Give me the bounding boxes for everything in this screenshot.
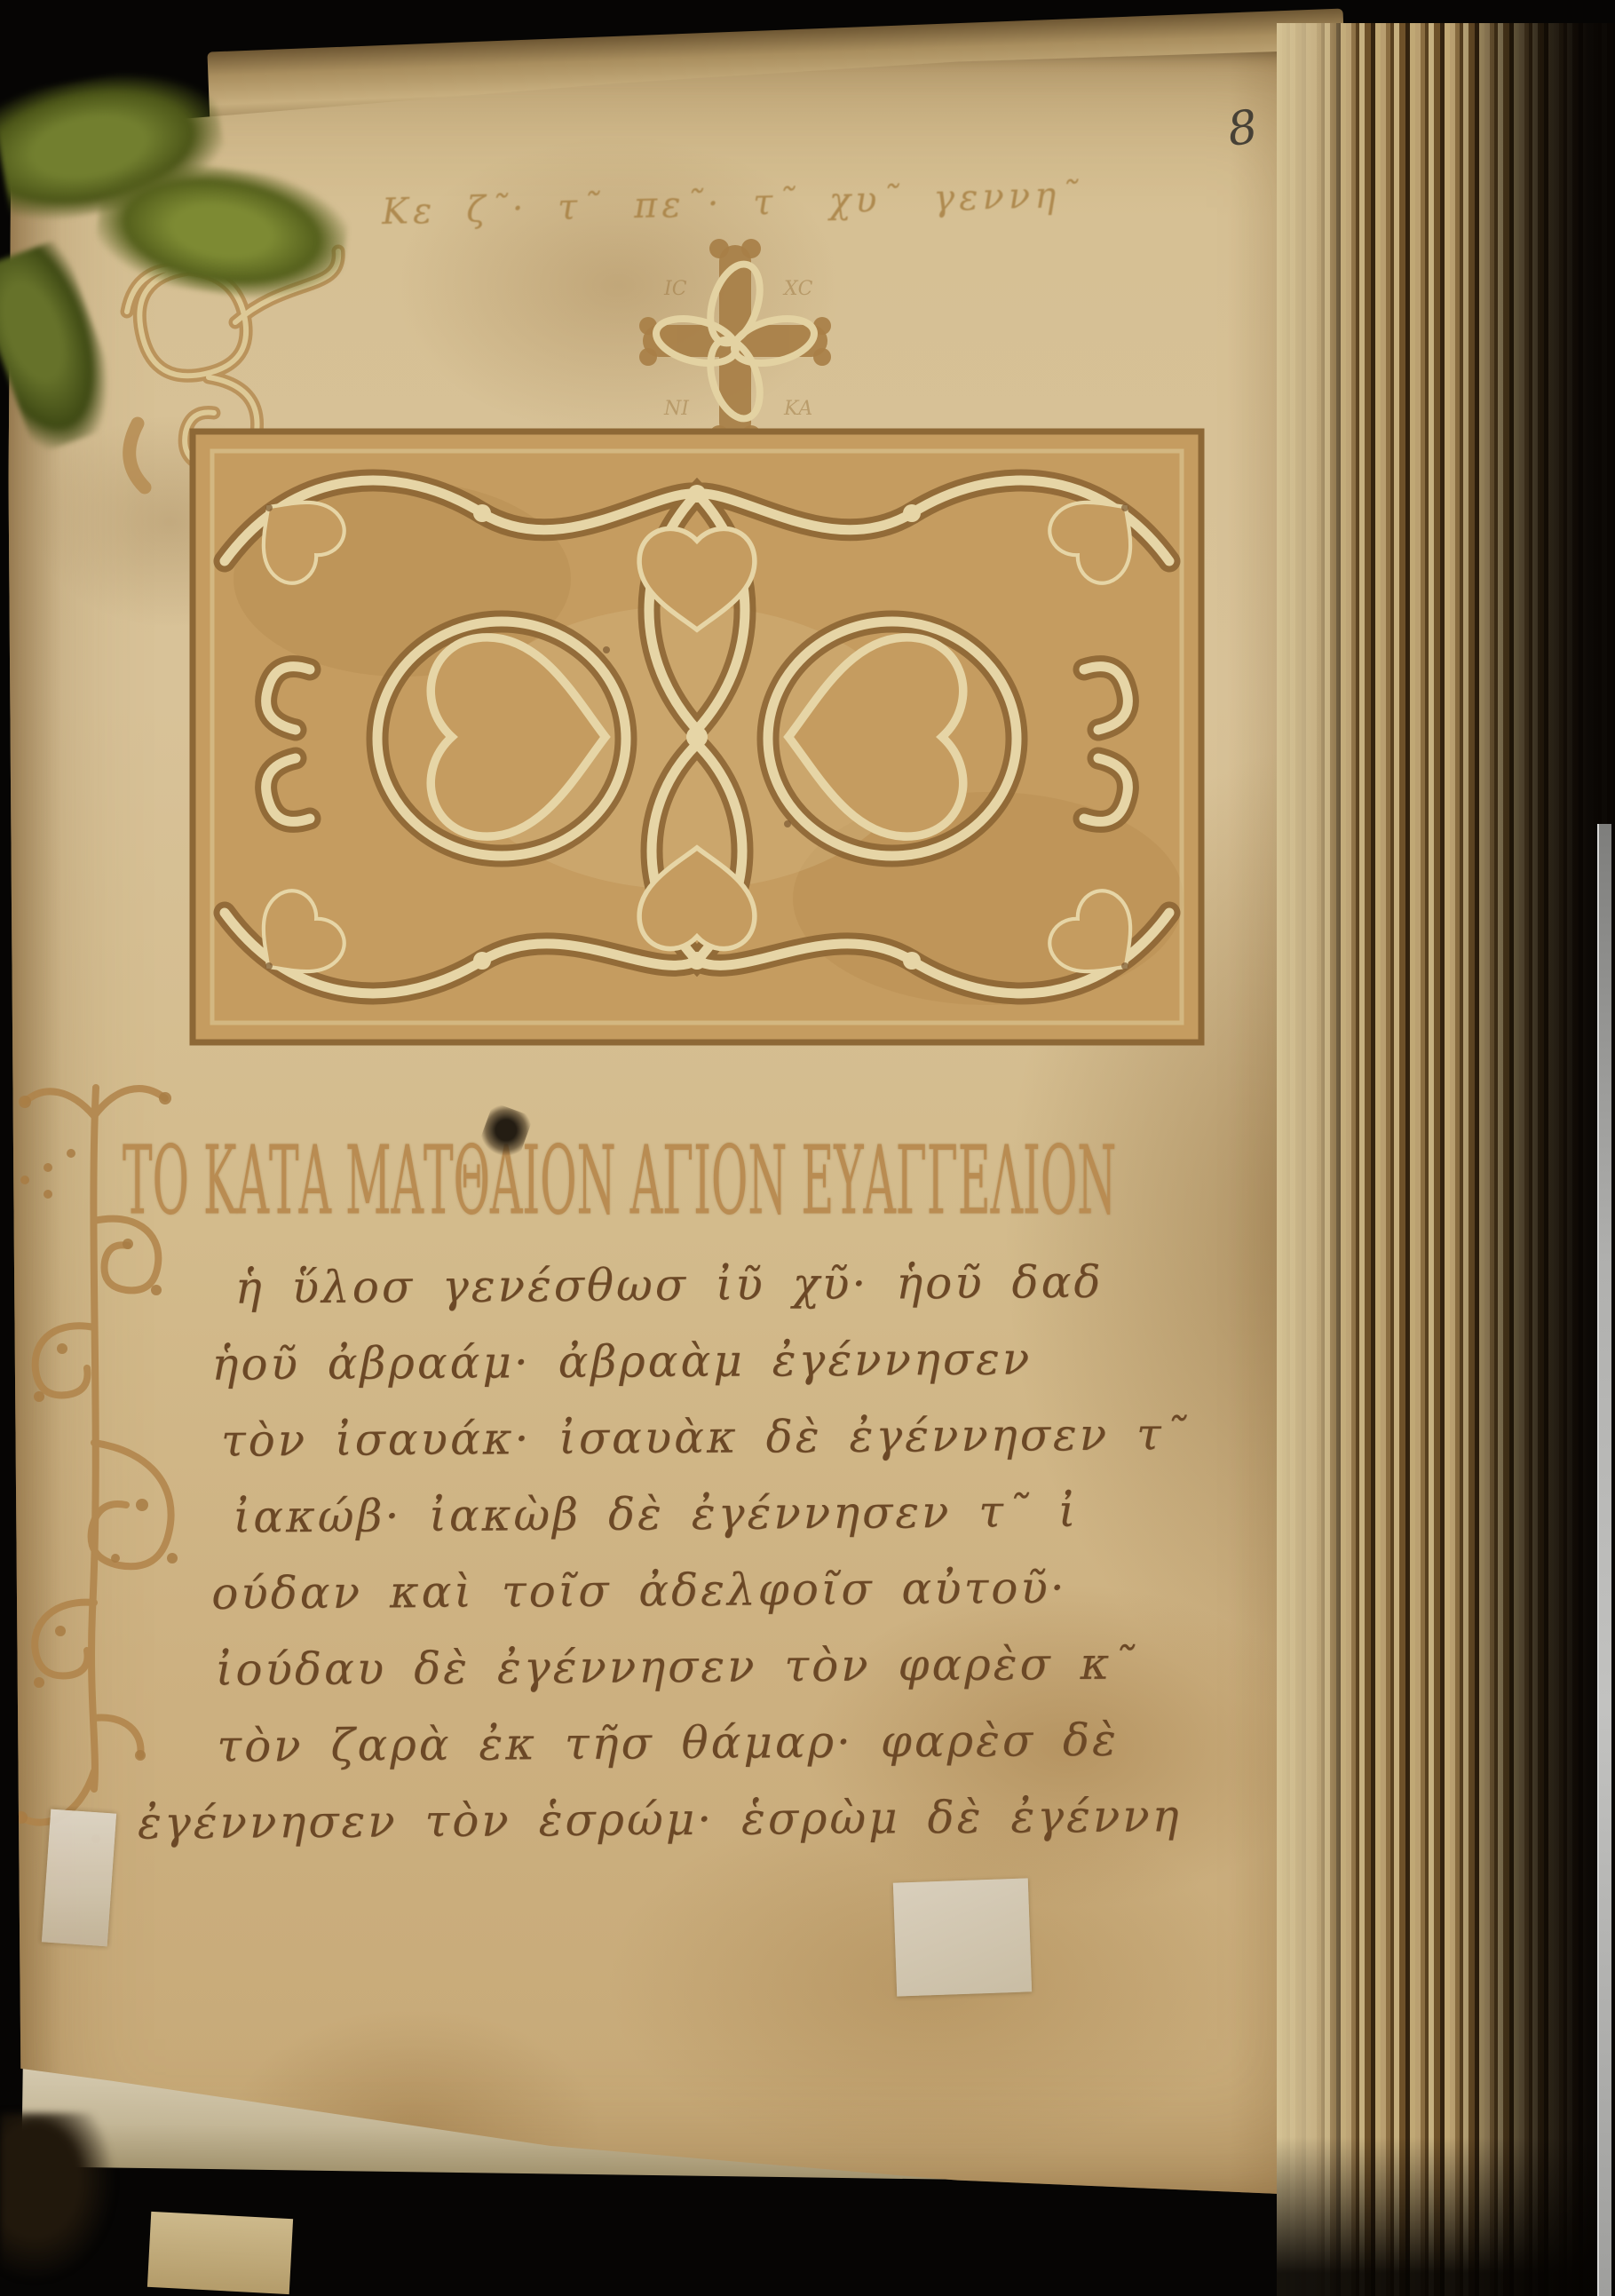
manuscript-line: ἰακώβ· ἰακὼβ δὲ ἐγέννησεν τ῀ ἰ [233,1484,1261,1568]
book-fore-edge [1277,23,1615,2296]
cross-letter: ΚΑ [783,398,812,420]
cross-letter: ΝΙ [663,398,690,420]
gospel-title: ΤΟ ΚΑΤΑ ΜΑΤΘΑΙΟΝ ΑΓΙΟΝ ΕΥΑΓΓΕΛΙΟΝ [123,1126,1116,1237]
folio-number: 8 [1224,100,1261,157]
manuscript-line: ούδαν καὶ τοῖσ ἀδελφοῖσ αὐτοῦ· [211,1561,1262,1644]
photo-backdrop: Κε ζ῀· τ῀ πε῀· τ῀ χυ῀ γεννη῀ 8 [0,0,1615,2296]
scale-bar [1597,824,1611,2296]
manuscript-line: ἰούδαυ δὲ ἐγέννησεν τὸν φαρὲσ κ῀ [216,1637,1263,1721]
gospel-text: ἡ ὕλοσ γενέσθωσ ἰῦ χῦ· ἡοῦ δαδ ἡοῦ ἀβραά… [131,1255,1263,1874]
blessing-cross-icon: ΙC ΧC ΝΙ ΚΑ [637,233,833,450]
manuscript-line: τὸν ζαρὰ ἐκ τῆσ θάμαρ· φαρὲσ δὲ [217,1714,1263,1797]
liturgical-rubric: Κε ζ῀· τ῀ πε῀· τ῀ χυ῀ γεννη῀ [382,178,969,233]
cross-letter: ΙC [663,278,687,300]
page-fragment [147,2212,293,2294]
manuscript-line: ἡ ὕλοσ γενέσθωσ ἰῦ χῦ· ἡοῦ δαδ [235,1255,1260,1339]
repair-patch [42,1809,116,1947]
manuscript-line: τὸν ἰσαυάκ· ἰσαυὰκ δὲ ἐγέννησεν τ῀ [221,1408,1261,1492]
repair-patch [893,1878,1032,1996]
gospel-title-row: ΤΟ ΚΑΤΑ ΜΑΤΘΑΙΟΝ ΑΓΙΟΝ ΕΥΑΓΓΕΛΙΟΝ [107,1105,1261,1256]
manuscript-line: ἡοῦ ἀβραάμ· ἀβραὰμ ἐγέννησεν [211,1332,1260,1415]
vine-headpiece-icon [189,428,1205,1046]
cross-letter: ΧC [782,278,813,300]
manuscript-line: ἐγέννησεν τὸν ἑσρώμ· ἑσρὼμ δὲ ἐγέννη [138,1790,1263,1874]
binding-fray [0,2113,115,2282]
manuscript-page: Κε ζ῀· τ῀ πε῀· τ῀ χυ῀ γεννη῀ 8 [7,49,1365,2197]
